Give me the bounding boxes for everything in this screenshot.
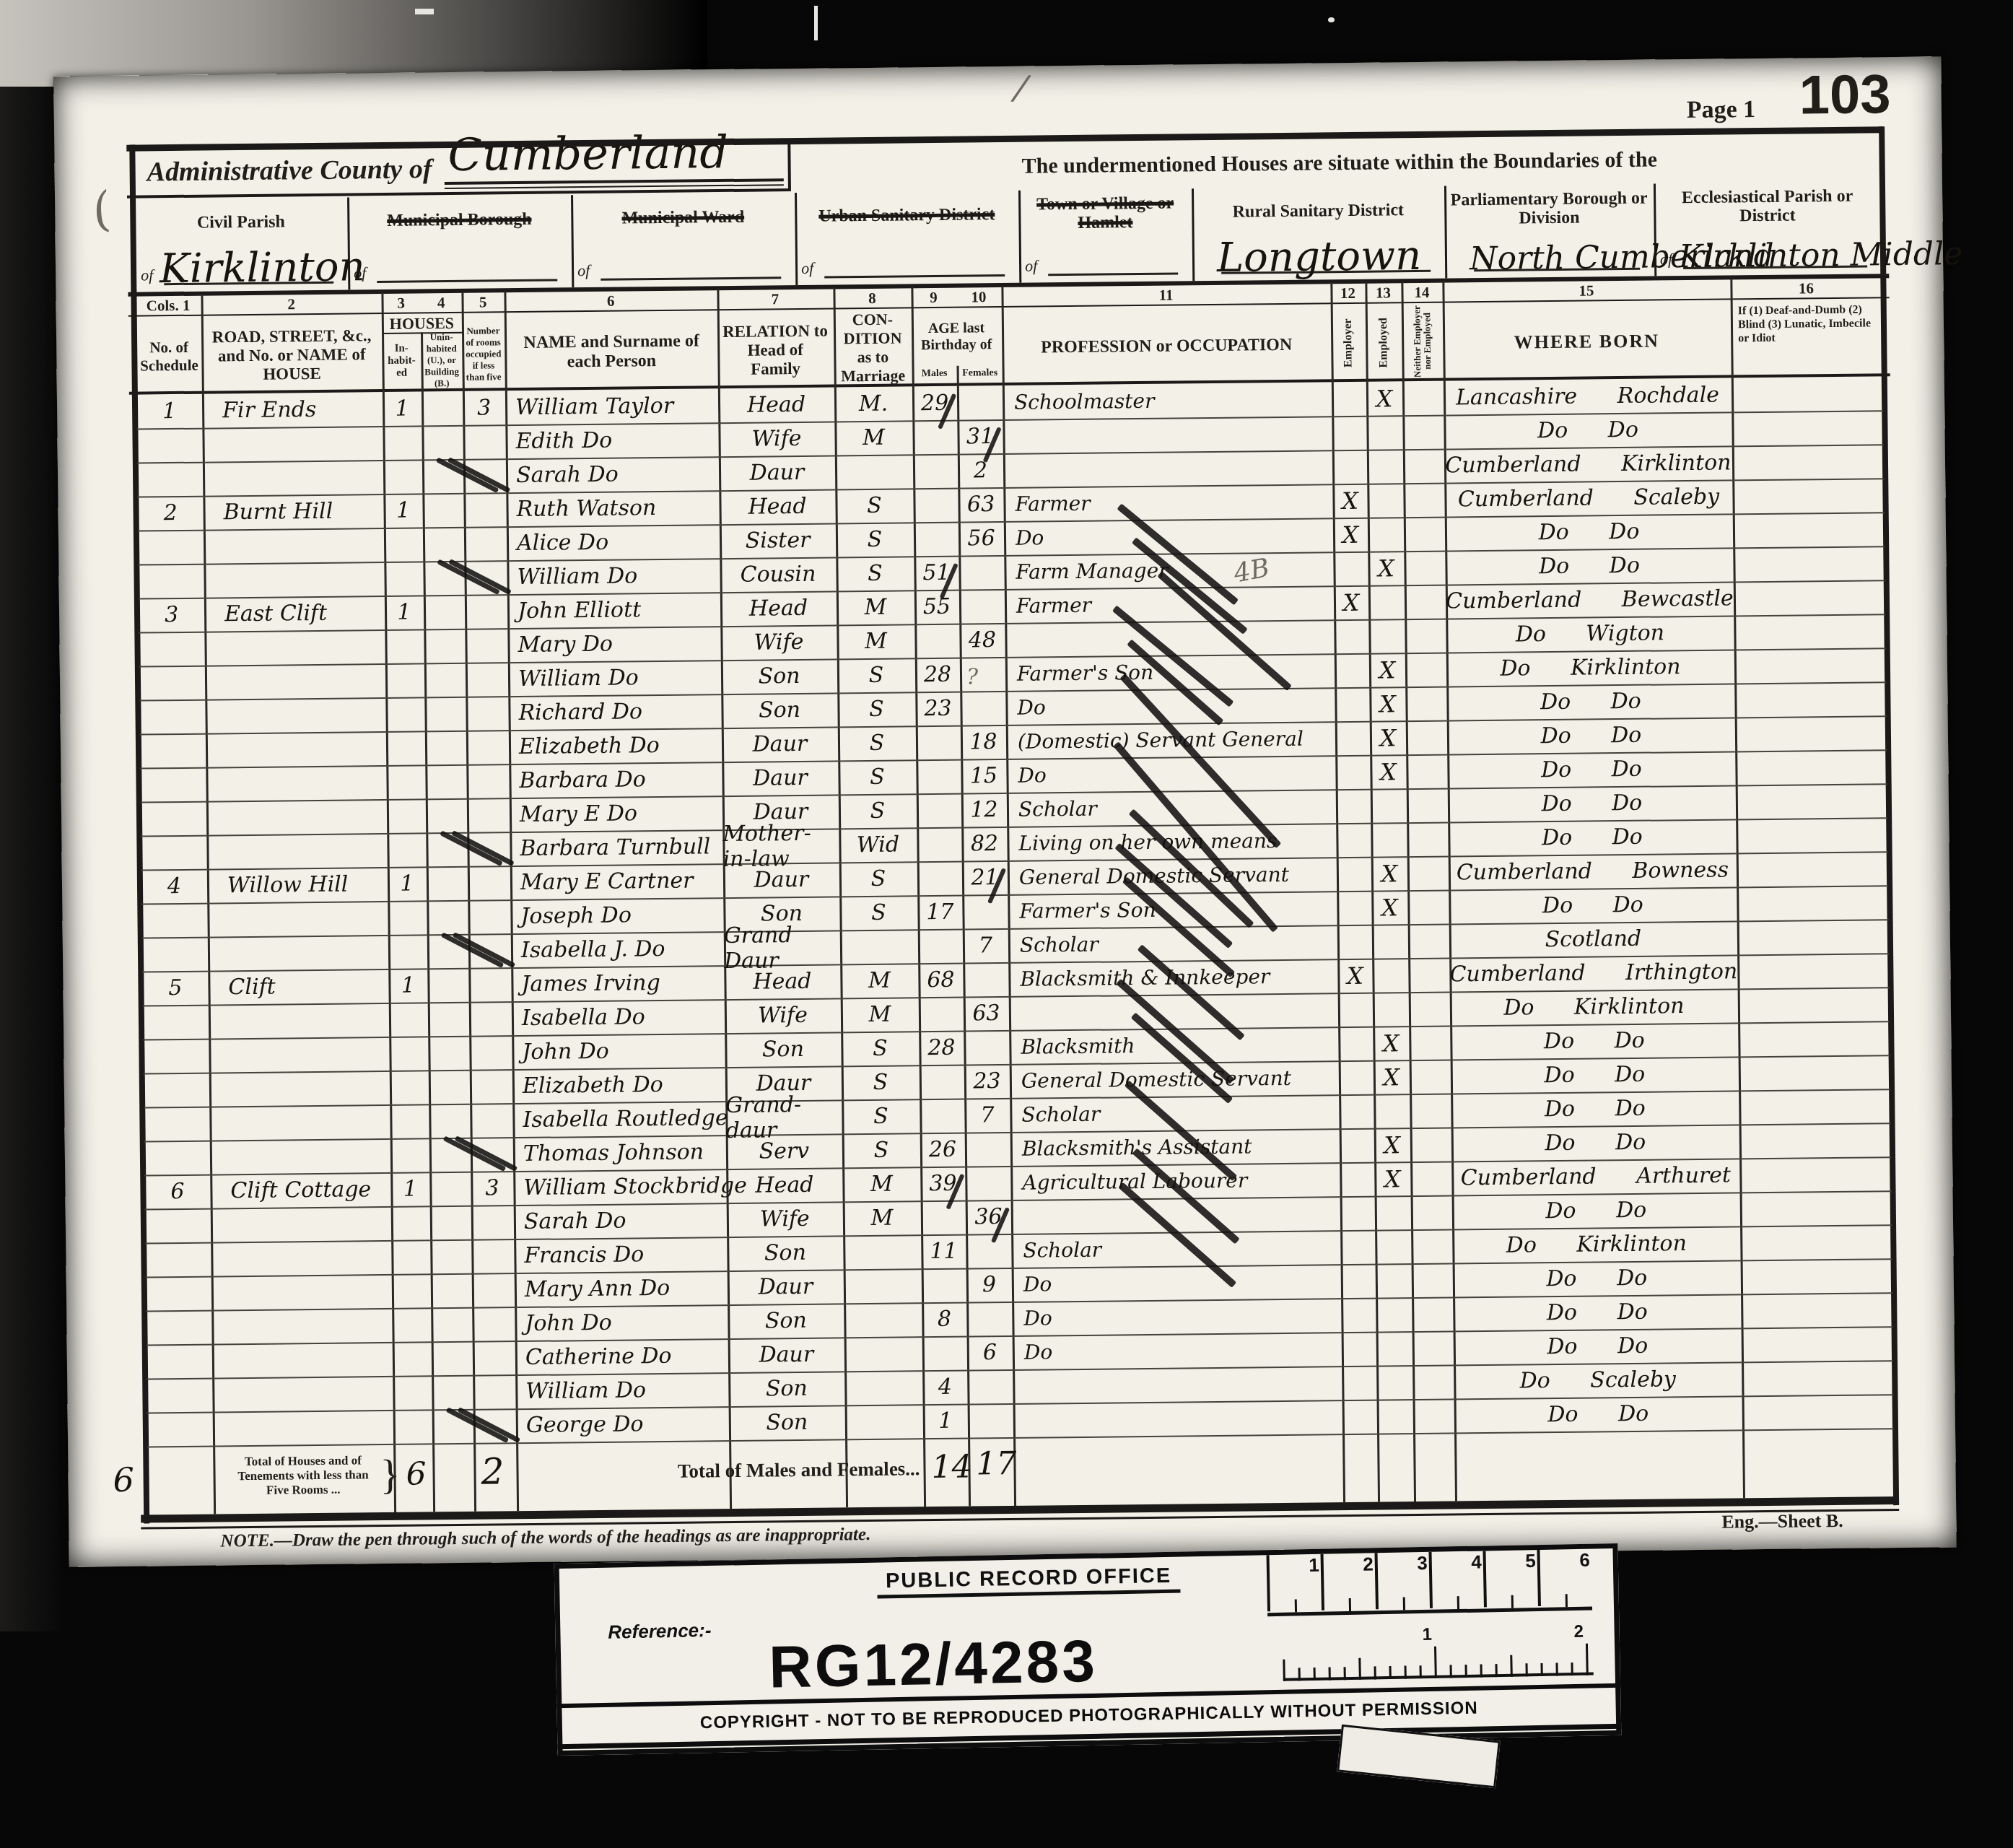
cell-age_m [913,454,958,489]
cell-born: Do Do [1450,1022,1738,1059]
cell-born: Lancashire Rochdale [1444,378,1732,414]
cell-condition: S [836,556,914,590]
cell-age_m: 23 [915,692,960,726]
cell-mark: X [1337,959,1372,993]
cell-relation: Daur [728,1269,844,1304]
cell-age_m: 11 [921,1234,966,1269]
cell-sched [141,903,207,938]
cell-rooms: 3 [463,391,505,425]
cell-name: George Do [516,1406,739,1442]
cell-rooms [466,696,508,731]
cell-condition: M [837,590,914,624]
cell-house: East Clift [204,596,405,632]
cell-condition: M. [834,386,912,421]
cell-sched [140,733,206,768]
cell-born: Do Do [1445,547,1733,584]
cell-name: Sarah Do [506,456,729,492]
cell-rooms [471,1239,514,1273]
cell-age_f [965,1132,1010,1167]
cell-name: Mary E Do [510,796,733,832]
cell-born: Do Kirklinton [1452,1226,1740,1263]
cell-inhabited [388,900,427,935]
cell-relation: Mother-in-law [722,828,839,863]
cell-born: Do Do [1454,1395,1742,1432]
cell-house: Clift Cottage [210,1172,411,1208]
cell-sched [141,835,206,870]
cell-condition: Wid [839,827,917,862]
cell-house [209,1071,410,1107]
district-label: Rural Sanitary District [1196,191,1441,232]
district-label: Urban Sanitary District [799,195,1015,236]
cell-age_m [917,861,962,896]
cell-born: Do Kirklinton [1450,988,1738,1025]
cell-born: Do Do [1447,717,1735,754]
ruler-inches: 123456 [1267,1549,1593,1617]
cell-age_m: 28 [919,1031,964,1065]
header-rooms: Number of rooms occupied if less than fi… [463,321,505,387]
cell-occupation [1003,416,1343,453]
cell-condition: M [834,420,912,455]
cell-name: Mary Do [507,626,730,662]
cell-name: Richard Do [508,694,731,730]
cell-house [206,799,407,835]
cell-mark: X [1374,1128,1410,1162]
district-separator [1444,186,1447,279]
cell-relation: Serv [726,1133,842,1169]
cell-condition [844,1336,922,1371]
cell-age_m [916,759,961,794]
cell-house [210,1138,411,1174]
cell-house [209,1104,410,1141]
cell-house [204,562,404,598]
cell-mark: X [1370,720,1406,755]
cell-mark: X [1332,484,1367,518]
cell-inhabited [385,663,424,697]
cell-born: Do Do [1451,1056,1739,1093]
county-label: Administrative County of [147,153,432,188]
district-value-handwritten: Kirklinton [160,243,365,292]
cell-inhabited [391,1206,430,1240]
cell-age_f: 63 [958,487,1003,522]
cell-age_m: 4 [922,1370,967,1405]
cell-relation: Wife [720,624,837,660]
column-number: 11 [1001,284,1330,306]
cell-born: Do Do [1448,819,1736,855]
cell-born: Cumberland Irthington [1449,954,1737,991]
header-employed: Employed [1367,308,1401,377]
district-separator [1018,191,1021,283]
cell-age_f [963,962,1008,997]
ruler-number: 4 [1471,1551,1482,1574]
cell-name: Catherine Do [515,1338,738,1374]
district-value-line [601,255,781,281]
cell-house: Burnt Hill [203,494,403,530]
totals-rooms-value: 2 [481,1450,504,1492]
cell-condition: M [837,624,914,658]
header-houses-group: HOUSES [382,315,462,333]
cell-occupation [1011,1196,1352,1234]
header-road: ROAD, STREET, &c., and No. or NAME of HO… [205,327,379,384]
header-where-born: WHERE BORN [1471,313,1703,370]
cell-house [206,731,406,767]
cell-sched: 5 [142,971,208,1006]
cell-age_m [916,725,961,760]
cell-house [202,426,403,462]
cell-inhabited [393,1375,432,1410]
cell-age_m: 1 [923,1404,968,1439]
cell-name: William Taylor [505,388,728,424]
cell-relation: Daur [719,455,835,490]
cell-inhabited [384,561,423,596]
cell-relation: Daur [722,726,838,762]
cell-sched [141,801,206,836]
cell-house [213,1410,414,1446]
totals-schedule-value: 6 [113,1460,134,1499]
cell-born: Scotland [1449,920,1737,957]
cell-sched [143,1039,209,1073]
cell-condition: S [839,861,917,896]
column-number: 3 [381,293,420,313]
header-relation: RELATION to Head of Family [720,323,831,379]
header-employer: Employer [1332,308,1365,378]
cell-sched: 6 [144,1174,210,1209]
cell-inhabited [383,425,422,460]
cell-occupation [1005,619,1345,657]
cell-inhabited [393,1409,432,1444]
cell-age_f [959,589,1005,624]
cell-name: Mary Ann Do [515,1270,738,1307]
cell-sched [146,1310,211,1345]
cell-born: Do Scaleby [1454,1361,1742,1398]
cell-born: Do Kirklinton [1446,649,1734,686]
pro-office-stamp: PUBLIC RECORD OFFICE [877,1564,1181,1599]
cell-occupation: Do [1005,687,1346,725]
totals-males-value: 14 [931,1449,972,1486]
cell-name: John Do [512,1033,735,1069]
district-of-label: of [577,261,590,280]
cell-age_f [962,894,1008,929]
cell-mark: X [1368,551,1404,585]
cell-rooms [463,424,505,459]
cell-rooms [473,1341,515,1375]
column-number: 9 [911,288,956,308]
district-value-line [1048,250,1178,276]
cell-relation: Son [728,1303,844,1338]
cell-name: John Elliott [507,592,730,628]
cell-sched: 4 [141,869,207,904]
cell-inhabited [386,764,425,799]
cell-inhabited [390,1104,429,1138]
cell-house [205,663,406,699]
cell-rooms [469,1035,512,1070]
cell-age_f [965,1166,1010,1200]
county-box-right [787,141,791,188]
cell-occupation [1009,993,1350,1030]
cell-name: Elizabeth Do [512,1067,735,1103]
cell-age_m: 17 [917,895,962,930]
cell-rooms [466,764,509,798]
situate-statement: The undermentioned Houses are situate wi… [1021,147,1657,178]
header-occupation: PROFESSION or OCCUPATION [1009,317,1324,375]
cell-inhabited: 1 [388,866,427,901]
cell-name: Barbara Turnbull [510,829,733,866]
cell-occupation [1003,450,1344,487]
cell-rooms [466,662,508,697]
cell-sched [144,1107,209,1141]
cell-rooms [473,1374,515,1409]
ruler-number: 5 [1525,1550,1536,1572]
cell-condition: S [838,759,916,794]
cell-age_f: 6 [967,1335,1013,1370]
district-label: Civil Parish [139,202,344,243]
cell-relation: Head [718,387,834,422]
cell-mark: X [1369,687,1405,721]
cell-name: William Do [515,1372,738,1408]
cell-age_f [957,385,1003,420]
cell-born: Do Do [1451,1090,1739,1127]
cell-sched [145,1208,211,1243]
cell-born: Cumberland Bowness [1449,853,1737,889]
cell-occupation: General Domestic Servant [1010,1060,1350,1098]
ruler-number: 1 [1309,1554,1319,1577]
cell-born: Do Do [1451,1124,1739,1161]
cell-sched [139,632,204,666]
cell-inhabited [390,1070,429,1104]
cell-sched [147,1344,212,1379]
cell-condition: M [841,997,919,1032]
cell-condition: S [842,1099,920,1133]
ruler-tick [1586,1644,1589,1675]
column-number: 2 [201,294,381,315]
district-value-line [377,257,557,283]
cell-age_m [922,1336,967,1371]
district-separator [795,193,798,285]
cell-relation: Sister [720,523,836,558]
cell-relation: Head [720,590,837,626]
cell-age_m: 55 [914,590,959,624]
cell-born: Do Do [1445,513,1733,550]
ruler-tick [1565,1594,1567,1607]
cell-relation: Head [719,489,835,524]
cell-age_f: 2 [958,453,1003,488]
cell-condition [845,1404,923,1439]
cell-inhabited [389,1002,428,1037]
cell-rooms [463,492,506,527]
cell-relation: Son [725,1032,841,1067]
district-of-label: of [354,263,366,282]
cell-inhabited: 1 [383,391,422,426]
cell-inhabited: 1 [383,493,422,528]
cell-sched [136,428,202,463]
cell-inhabited [387,798,426,833]
cell-age_f: 18 [961,725,1006,759]
cell-inhabited [391,1239,430,1274]
ruler-centimetres: 12 [1282,1611,1594,1681]
totals-females-value: 17 [976,1445,1017,1483]
district-value-line [824,253,1005,279]
column-number: 4 [420,293,461,313]
cell-relation: Son [721,658,837,694]
cell-occupation: Do [1013,1332,1353,1369]
cell-born: Do Do [1453,1294,1741,1330]
cell-mark: X [1374,1060,1410,1094]
photo-speck [1328,17,1335,22]
cell-occupation: Do [1012,1264,1353,1302]
cell-house: Willow Hill [207,867,408,903]
cell-mark: X [1334,585,1368,620]
totals-brace: } [380,1450,401,1499]
column-number: 8 [833,288,911,308]
cell-name: James Irving [511,965,734,1001]
pro-reference-card: PUBLIC RECORD OFFICE Reference:- RG12/42… [554,1543,1622,1756]
cell-sched [143,1005,209,1039]
cell-inhabited [384,527,423,562]
totals-inhabited-value: 6 [406,1455,427,1492]
cell-house [212,1342,413,1378]
cell-relation: Daur [722,760,838,796]
cell-rooms [465,628,507,663]
cell-inhabited [387,832,426,867]
cell-condition: S [837,658,915,692]
cell-age_m [914,522,959,557]
county-box-bottom [127,188,791,199]
cell-house [208,935,409,971]
cell-name: Barbara Do [509,762,732,798]
cell-condition [843,1234,921,1269]
ruler-number: 2 [1363,1553,1374,1575]
cell-sched [147,1378,212,1413]
cell-name: Joseph Do [510,897,733,933]
cell-condition [844,1302,922,1337]
cell-age_f [959,555,1004,590]
cell-born: Do Do [1446,683,1734,720]
cell-house [205,697,406,733]
column-number: 12 [1330,284,1365,303]
cell-house [203,460,403,496]
district-separator [1192,188,1195,281]
cell-mark: X [1373,1026,1409,1060]
header-condition: CON-DITION as to Marriage [838,318,908,377]
district-separator [571,195,574,287]
cell-age_f: 23 [964,1064,1010,1099]
cell-rooms [469,1001,512,1036]
cell-occupation [1013,1400,1354,1437]
cell-age_f [966,1302,1012,1336]
census-page: 103 Page 1 Administrative County of Cumb… [53,56,1956,1566]
column-number: 10 [956,287,1001,307]
cell-name: Isabella Do [512,999,735,1035]
cell-age_m [914,624,959,658]
cell-age_f: 9 [966,1268,1012,1302]
cell-age_f: 7 [964,1098,1010,1133]
district-of-label: of [141,266,153,284]
cell-condition: M [843,1200,921,1235]
photo-scratch [814,6,818,40]
cell-relation: Daur [728,1337,844,1372]
district-of-label: of [801,259,813,278]
page-number-label: Page 1 [1687,96,1756,124]
cell-inhabited [393,1341,432,1376]
cell-age_m [912,420,957,455]
header-neither: Neither Employer nor Employed [1403,305,1442,379]
cell-occupation: Farmer [1003,484,1344,521]
cell-age_f [960,691,1005,725]
ruler-number: 3 [1417,1552,1428,1574]
cell-house [209,1037,409,1073]
cell-name: William Do [508,660,731,696]
cell-condition: S [837,692,915,726]
sheet-label: Eng.—Sheet B. [1721,1510,1843,1533]
cell-age_f: 15 [961,759,1006,793]
cell-name: Thomas Johnson [513,1135,736,1171]
cell-inhabited: 1 [385,595,424,629]
cell-age_f: 56 [959,521,1004,556]
totals-houses-label: Total of Houses and of Tenements with le… [225,1453,381,1498]
cell-name: Ruth Watson [506,490,729,526]
cell-condition: M [840,963,918,998]
cell-born: Do Do [1447,751,1735,788]
cell-inhabited: 1 [390,1172,429,1206]
cell-age_m: 26 [920,1133,965,1167]
ruler-tick [1294,1599,1296,1612]
cell-condition: S [838,725,916,760]
cell-sched [139,699,205,734]
column-number: 13 [1365,283,1401,302]
cell-rooms [466,730,509,764]
cell-rooms: 3 [471,1171,513,1206]
cell-relation: Wife [727,1201,843,1237]
cell-relation: Wife [725,998,841,1033]
ruler-tick [1434,1647,1437,1678]
header-age-females: Females [959,365,1002,382]
cell-born: Do Do [1449,886,1737,923]
cell-relation: Wife [718,421,834,456]
cell-house: Clift [208,969,409,1005]
cell-rooms [467,798,510,832]
cell-inhabited: 1 [388,968,427,1003]
cell-relation: Cousin [720,557,836,592]
district-label: Ecclesiastical Parish or District [1658,186,1877,227]
cell-rooms [470,1069,512,1104]
cell-sched [138,564,204,598]
cell-age_f [968,1403,1013,1438]
district-label: Municipal Borough [351,199,567,240]
cell-age_f [966,1234,1011,1268]
column-number: 16 [1730,278,1882,298]
cell-occupation: Do [1006,755,1347,793]
cell-born: Do Do [1448,785,1736,821]
header-inhabited: In-habit-ed [383,335,421,386]
cell-born: Do Wigton [1446,615,1734,652]
cell-house [211,1308,412,1344]
ruler-tick [1402,1598,1405,1611]
photo-speck [415,9,434,14]
ruler-number: 1 [1422,1625,1432,1645]
column-number: 5 [461,292,504,312]
cell-relation: Son [729,1405,845,1440]
cell-name: John Do [515,1304,738,1341]
cell-condition: S [839,895,917,930]
cell-age_f: 48 [959,623,1005,658]
ruler-number: 2 [1573,1622,1584,1642]
cell-mark: X [1333,518,1368,552]
cell-born: Cumberland Kirklinton [1444,445,1732,482]
cell-sched [145,1242,211,1277]
cell-condition [844,1268,922,1303]
cell-sched: 1 [136,394,202,429]
county-value-handwritten: Cumberland [447,126,728,181]
cell-age_f: 82 [961,827,1007,861]
